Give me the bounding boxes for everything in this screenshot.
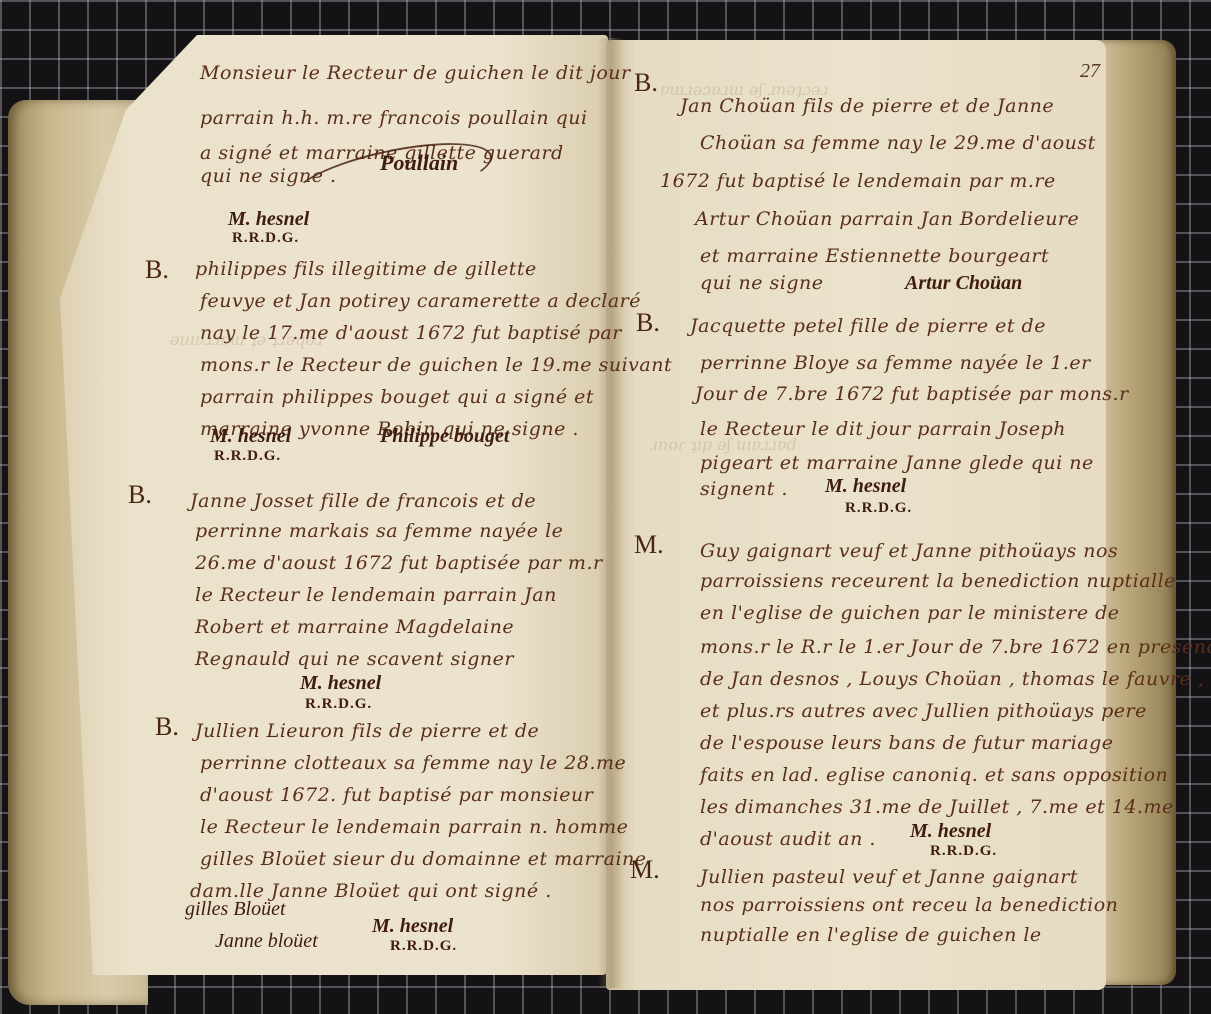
text-line: mons.r le Recteur de guichen le 19.me su… bbox=[200, 354, 672, 376]
text-line: parrain philippes bouget qui a signé et bbox=[200, 386, 594, 408]
entry-marker-marriage: M. bbox=[630, 855, 660, 885]
book-gutter bbox=[598, 38, 624, 988]
text-line: le Recteur le lendemain parrain n. homme bbox=[200, 816, 628, 838]
text-line: philippes fils illegitime de gillette bbox=[195, 258, 537, 280]
text-line: parrain h.h. m.re francois poullain qui bbox=[200, 107, 588, 129]
text-line: perrinne clotteaux sa femme nay le 28.me bbox=[200, 752, 626, 774]
text-line: Robert et marraine Magdelaine bbox=[195, 616, 514, 638]
text-line: de Jan desnos , Louys Choüan , thomas le… bbox=[700, 668, 1204, 690]
text-line: Artur Choüan parrain Jan Bordelieure bbox=[695, 208, 1079, 230]
signature-initials: R.R.D.G. bbox=[845, 500, 912, 517]
entry-marker-baptism: B. bbox=[636, 308, 660, 338]
signature: Janne bloüet bbox=[215, 930, 318, 953]
signature: M. hesnel bbox=[228, 208, 309, 231]
text-line: d'aoust audit an . bbox=[700, 828, 876, 850]
text-line: gilles Bloüet sieur du domainne et marra… bbox=[200, 848, 647, 870]
text-line: le Recteur le dit jour parrain Joseph bbox=[700, 418, 1066, 440]
text-line: qui ne signe bbox=[700, 272, 824, 294]
text-line: en l'eglise de guichen par le ministere … bbox=[700, 602, 1120, 624]
text-line: et marraine Estiennette bourgeart bbox=[700, 245, 1049, 267]
text-line: nuptialle en l'eglise de guichen le bbox=[700, 924, 1042, 946]
text-line: Jullien pasteul veuf et Janne gaignart bbox=[700, 866, 1078, 888]
text-line: et plus.rs autres avec Jullien pithoüays… bbox=[700, 700, 1147, 722]
text-line: Janne Josset fille de francois et de bbox=[190, 490, 536, 512]
text-line: faits en lad. eglise canoniq. et sans op… bbox=[700, 764, 1168, 786]
text-line: signent . bbox=[700, 478, 788, 500]
signature: M. hesnel bbox=[910, 820, 991, 843]
text-line: nos parroissiens ont receu la benedictio… bbox=[700, 894, 1118, 916]
signature: M. hesnel bbox=[372, 915, 453, 938]
signature: gilles Bloüet bbox=[185, 898, 286, 921]
text-line: 1672 fut baptisé le lendemain par m.re bbox=[660, 170, 1056, 192]
text-line: 26.me d'aoust 1672 fut baptisée par m.r bbox=[195, 552, 603, 574]
text-line: Jullien Lieuron fils de pierre et de bbox=[195, 720, 539, 742]
text-line: Jacquette petel fille de pierre et de bbox=[690, 315, 1046, 337]
entry-marker-baptism: B. bbox=[634, 68, 658, 98]
entry-marker-marriage: M. bbox=[634, 530, 664, 560]
text-line: le Recteur le lendemain parrain Jan bbox=[195, 584, 557, 606]
text-line: feuvye et Jan potirey caramerette a decl… bbox=[200, 290, 641, 312]
open-register-book: ɐɯɹəɔɐɹɯ ǝʃ ɹnǝʇɔǝɹ ɹnoɾ ʇıp ǝʃ uıɐɹɹɐd … bbox=[0, 0, 1211, 1014]
text-line: perrinne Bloye sa femme nayée le 1.er bbox=[700, 352, 1091, 374]
text-line: Monsieur le Recteur de guichen le dit jo… bbox=[200, 62, 631, 84]
signature-initials: R.R.D.G. bbox=[930, 843, 997, 860]
text-line: perrinne markais sa femme nayée le bbox=[195, 520, 563, 542]
signature: Philippe bouget bbox=[380, 425, 509, 448]
signature: M. hesnel bbox=[300, 672, 381, 695]
text-line: Choüan sa femme nay le 29.me d'aoust bbox=[700, 132, 1096, 154]
signature-initials: R.R.D.G. bbox=[305, 696, 372, 713]
text-line: nay le 17.me d'aoust 1672 fut baptisé pa… bbox=[200, 322, 622, 344]
text-line: les dimanches 31.me de Juillet , 7.me et… bbox=[700, 796, 1174, 818]
text-line: parroissiens receurent la benediction nu… bbox=[700, 570, 1176, 592]
text-line: de l'espouse leurs bans de futur mariage bbox=[700, 732, 1114, 754]
entry-marker-baptism: B. bbox=[145, 255, 169, 285]
text-line: mons.r le R.r le 1.er Jour de 7.bre 1672… bbox=[700, 636, 1211, 658]
text-line: Jour de 7.bre 1672 fut baptisée par mons… bbox=[695, 383, 1129, 405]
text-line: Regnauld qui ne scavent signer bbox=[195, 648, 514, 670]
entry-marker-baptism: B. bbox=[128, 480, 152, 510]
text-line: d'aoust 1672. fut baptisé par monsieur bbox=[200, 784, 593, 806]
signature-initials: R.R.D.G. bbox=[232, 230, 299, 247]
entry-marker-baptism: B. bbox=[155, 712, 179, 742]
signature-initials: R.R.D.G. bbox=[390, 938, 457, 955]
signature: M. hesnel bbox=[210, 425, 291, 448]
page-number: 27 bbox=[1080, 60, 1100, 83]
signature: M. hesnel bbox=[825, 475, 906, 498]
text-line: Guy gaignart veuf et Janne pithoüays nos bbox=[700, 540, 1118, 562]
text-line: pigeart et marraine Janne glede qui ne bbox=[700, 452, 1094, 474]
signature-initials: R.R.D.G. bbox=[214, 448, 281, 465]
signature: Artur Choüan bbox=[905, 272, 1022, 295]
text-line: Jan Choüan fils de pierre et de Janne bbox=[680, 95, 1054, 117]
